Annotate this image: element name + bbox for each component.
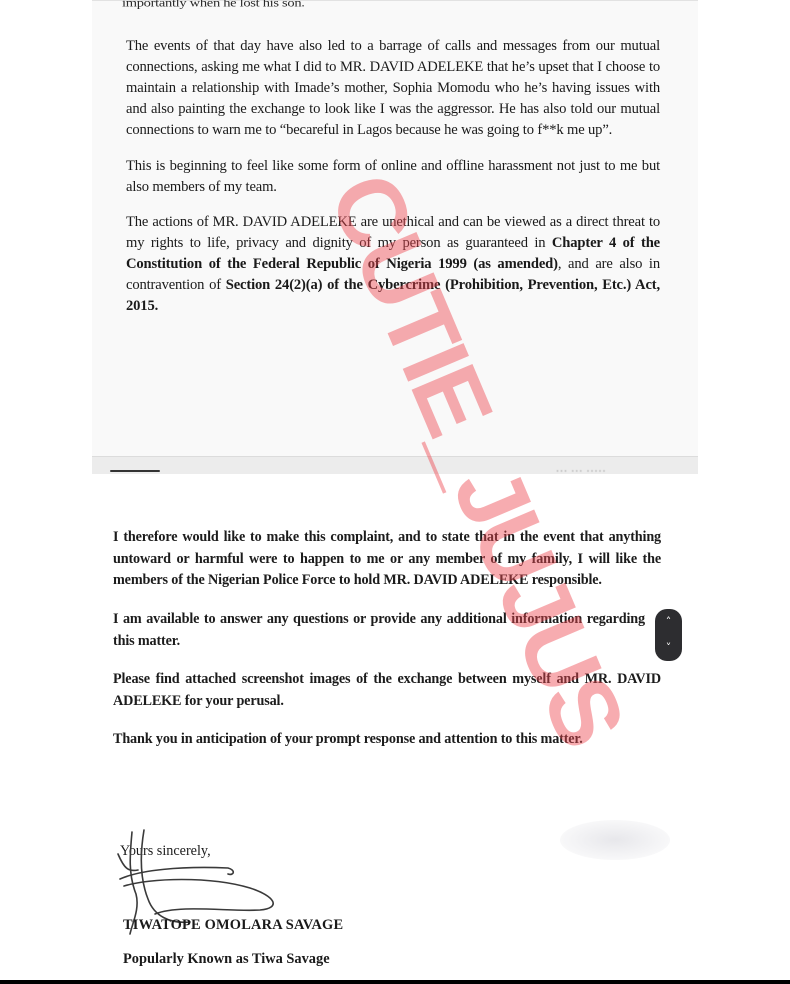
signatory-name: TIWATOPE OMOLARA SAVAGE [123, 917, 343, 934]
scroll-navigator[interactable]: ˄ ˅ [655, 609, 682, 661]
paragraph-complaint: I therefore would like to make this comp… [113, 527, 661, 592]
paragraph-actions: The actions of MR. DAVID ADELEKE are une… [126, 212, 660, 317]
signatory-alias: Popularly Known as Tiwa Savage [123, 951, 330, 968]
scroll-down-icon[interactable]: ˅ [666, 641, 672, 655]
scroll-up-icon[interactable]: ˄ [666, 615, 672, 629]
scan-smudge [560, 820, 670, 860]
bottom-bar [0, 980, 790, 984]
paragraph-thanks: Thank you in anticipation of your prompt… [113, 729, 661, 751]
page-separator [92, 456, 698, 475]
paragraph-attached: Please find attached screenshot images o… [113, 669, 661, 712]
cut-off-line: importantly when he lost his son. [122, 0, 305, 10]
page-2-header-stroke [110, 470, 160, 472]
paragraph-available: I am available to answer any questions o… [113, 609, 645, 652]
paragraph-harassment: This is beginning to feel like some form… [126, 156, 660, 198]
paragraph-events: The events of that day have also led to … [126, 36, 660, 141]
page-2-header-fragment: ··· ··· ····· [556, 466, 606, 476]
